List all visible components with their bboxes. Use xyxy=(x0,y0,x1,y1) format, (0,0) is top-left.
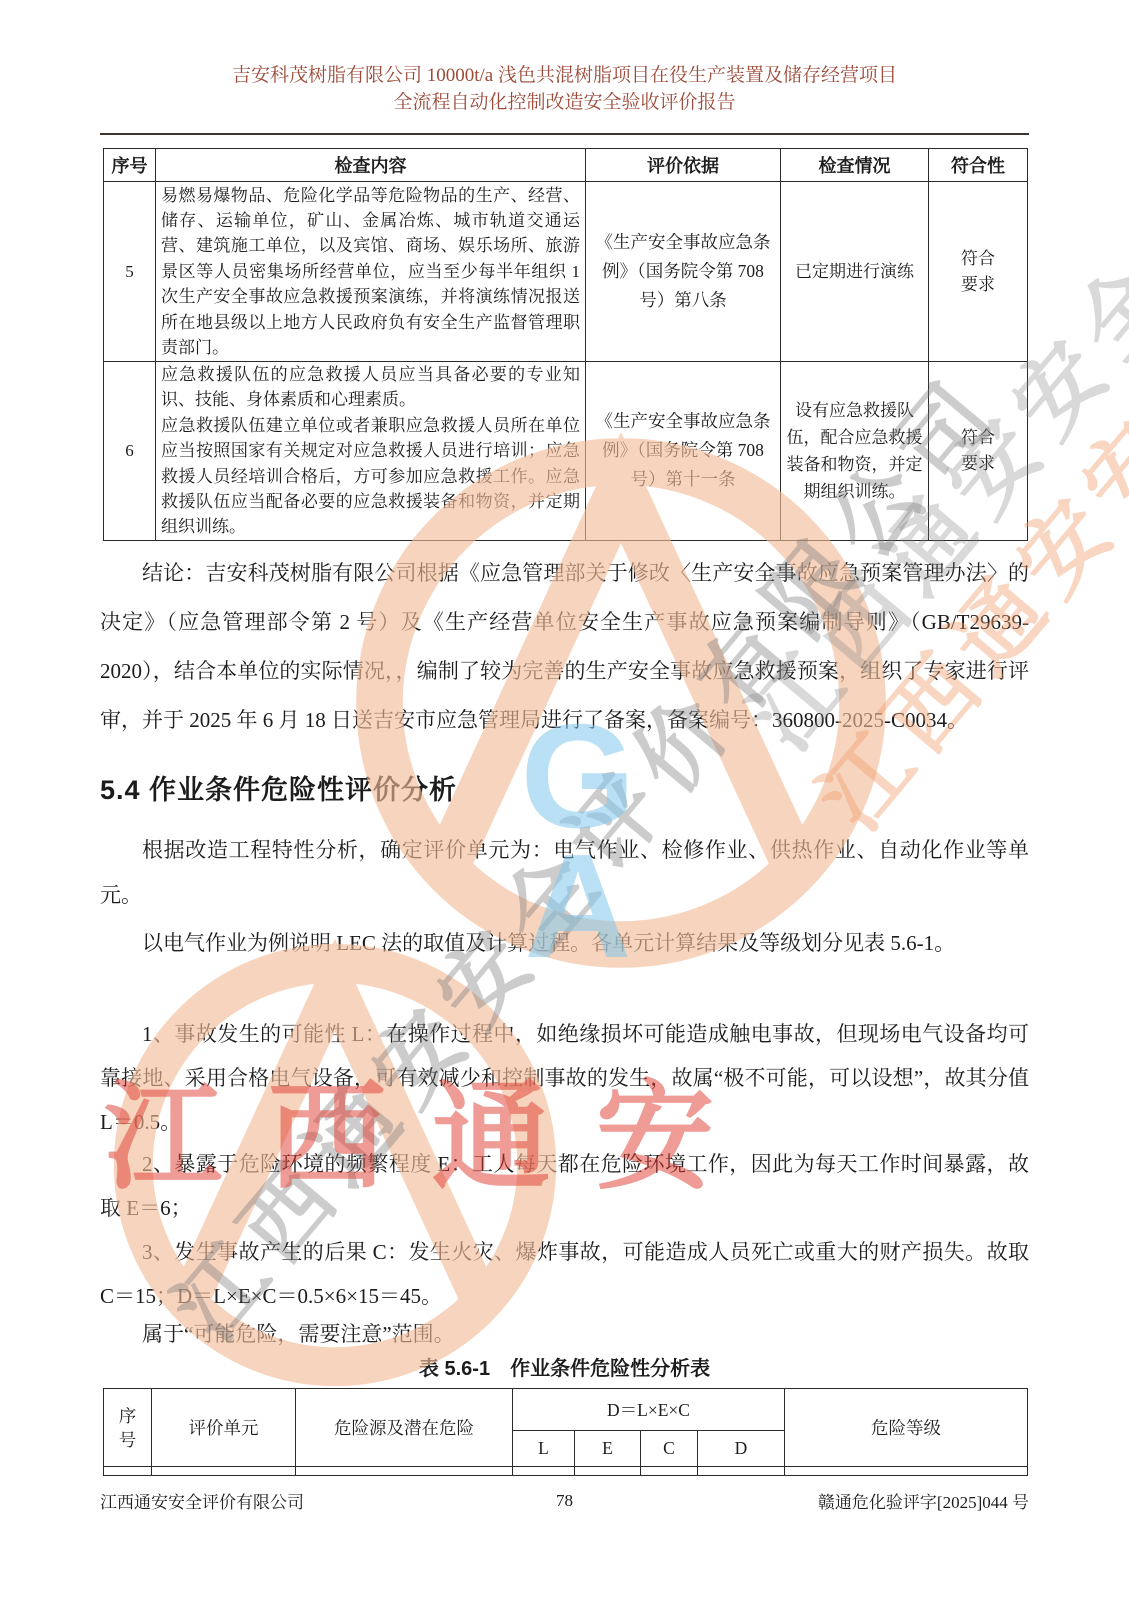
row-content: 易燃易爆物品、危险化学品等危险物品的生产、经营、储存、运输单位，矿山、金属冶炼、… xyxy=(156,182,586,362)
document-header: 吉安科茂树脂有限公司 10000t/a 浅色共混树脂项目在役生产装置及储存经营项… xyxy=(100,62,1029,116)
row-basis: 《生产安全事故应急条例》（国务院令第 708 号）第八条 xyxy=(586,182,781,362)
col-header-basis: 评价依据 xyxy=(586,149,781,182)
col-header-E: E xyxy=(575,1431,641,1467)
document-page: 吉安科茂树脂有限公司 10000t/a 浅色共混树脂项目在役生产装置及储存经营项… xyxy=(0,0,1129,1600)
col-header-unit: 评价单元 xyxy=(152,1389,296,1467)
footer-doc-number: 赣通危化验评字[2025]044 号 xyxy=(573,1488,1029,1513)
header-divider xyxy=(100,133,1029,135)
row-number: 5 xyxy=(104,182,156,362)
col-header-D: D xyxy=(698,1431,785,1467)
analysis-table-header-row1: 序号 评价单元 危险源及潜在危险 D＝L×E×C 危险等级 xyxy=(104,1389,1028,1431)
analysis-table: 序号 评价单元 危险源及潜在危险 D＝L×E×C 危险等级 L E C D xyxy=(103,1388,1028,1476)
col-header-level: 危险等级 xyxy=(785,1389,1028,1467)
footer-company: 江西通安安全评价有限公司 xyxy=(100,1488,556,1513)
body-paragraph: 以电气作业为例说明 LEC 法的取值及计算过程。各单元计算结果及等级划分见表 5… xyxy=(100,920,1029,967)
col-header-L: L xyxy=(513,1431,575,1467)
col-header-compliance: 符合性 xyxy=(929,149,1028,182)
table-row: 5 易燃易爆物品、危险化学品等危险物品的生产、经营、储存、运输单位，矿山、金属冶… xyxy=(104,182,1028,362)
inspection-table: 序号 检查内容 评价依据 检查情况 符合性 5 易燃易爆物品、危险化学品等危险物… xyxy=(103,148,1028,541)
header-title-line2: 全流程自动化控制改造安全验收评价报告 xyxy=(100,89,1029,116)
body-paragraph: 2、暴露于危险环境的频繁程度 E：工人每天都在危险环境工作，因此为每天工作时间暴… xyxy=(100,1142,1029,1230)
body-paragraph: 属于“可能危险，需要注意”范围。 xyxy=(100,1312,1029,1357)
row-compliance: 符合要求 xyxy=(929,362,1028,541)
col-header-C: C xyxy=(641,1431,698,1467)
conclusion-paragraph: 结论：吉安科茂树脂有限公司根据《应急管理部关于修改〈生产安全事故应急预案管理办法… xyxy=(100,549,1029,745)
row-basis: 《生产安全事故应急条例》（国务院令第 708 号）第十一条 xyxy=(586,362,781,541)
row-content: 应急救援队伍的应急救援人员应当具备必要的专业知识、技能、身体素质和心理素质。 应… xyxy=(156,362,586,541)
row-situation: 设有应急救援队伍，配合应急救援装备和物资，并定期组织训练。 xyxy=(781,362,929,541)
analysis-table-caption: 表 5.6-1 作业条件危险性分析表 xyxy=(100,1352,1029,1381)
col-header-no: 序号 xyxy=(104,149,156,182)
row-number: 6 xyxy=(104,362,156,541)
body-paragraph: 3、发生事故产生的后果 C：发生火灾、爆炸事故，可能造成人员死亡或重大的财产损失… xyxy=(100,1230,1029,1318)
row-situation: 已定期进行演练 xyxy=(781,182,929,362)
section-heading: 5.4 作业条件危险性评价分析 xyxy=(100,768,457,807)
inspection-table-header-row: 序号 检查内容 评价依据 检查情况 符合性 xyxy=(104,149,1028,182)
footer-page-number: 78 xyxy=(556,1491,573,1511)
row-compliance: 符合要求 xyxy=(929,182,1028,362)
body-paragraph: 根据改造工程特性分析，确定评价单元为：电气作业、检修作业、供热作业、自动化作业等… xyxy=(100,828,1029,918)
table-row: 6 应急救援队伍的应急救援人员应当具备必要的专业知识、技能、身体素质和心理素质。… xyxy=(104,362,1028,541)
header-title-line1: 吉安科茂树脂有限公司 10000t/a 浅色共混树脂项目在役生产装置及储存经营项… xyxy=(100,62,1029,89)
col-header-formula: D＝L×E×C xyxy=(513,1389,785,1431)
body-paragraph: 1、事故发生的可能性 L：在操作过程中，如绝缘损坏可能造成触电事故，但现场电气设… xyxy=(100,1012,1029,1144)
col-header-content: 检查内容 xyxy=(156,149,586,182)
document-footer: 江西通安安全评价有限公司 78 赣通危化验评字[2025]044 号 xyxy=(100,1488,1029,1513)
col-header-no: 序号 xyxy=(104,1389,152,1467)
analysis-table-cutoff-row xyxy=(104,1467,1028,1476)
col-header-hazard: 危险源及潜在危险 xyxy=(296,1389,513,1467)
col-header-situation: 检查情况 xyxy=(781,149,929,182)
